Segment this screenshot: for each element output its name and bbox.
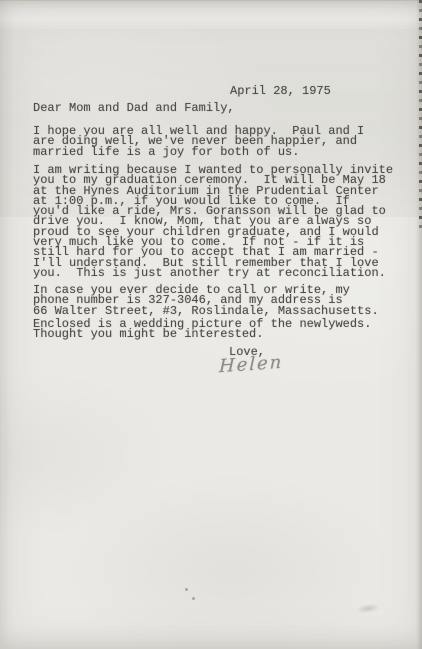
handwritten-signature: Helen	[219, 353, 284, 378]
letter-paragraph-4: Enclosed is a wedding picture of the new…	[33, 319, 371, 340]
letter-paragraph-2: I am writing because I wanted to persona…	[33, 165, 393, 278]
paper-smudge	[355, 602, 380, 614]
letter-paragraph-3: In case you ever decide to call or write…	[33, 285, 379, 316]
paper-speck	[192, 597, 195, 600]
letter-date: April 28, 1975	[230, 86, 331, 96]
letter-salutation: Dear Mom and Dad and Family,	[33, 103, 235, 113]
page-edge-shadow	[416, 0, 422, 649]
scanned-letter-page: April 28, 1975 Dear Mom and Dad and Fami…	[0, 0, 422, 649]
paper-speck	[185, 588, 188, 591]
letter-paragraph-1: I hope you are all well and happy. Paul …	[33, 126, 364, 157]
